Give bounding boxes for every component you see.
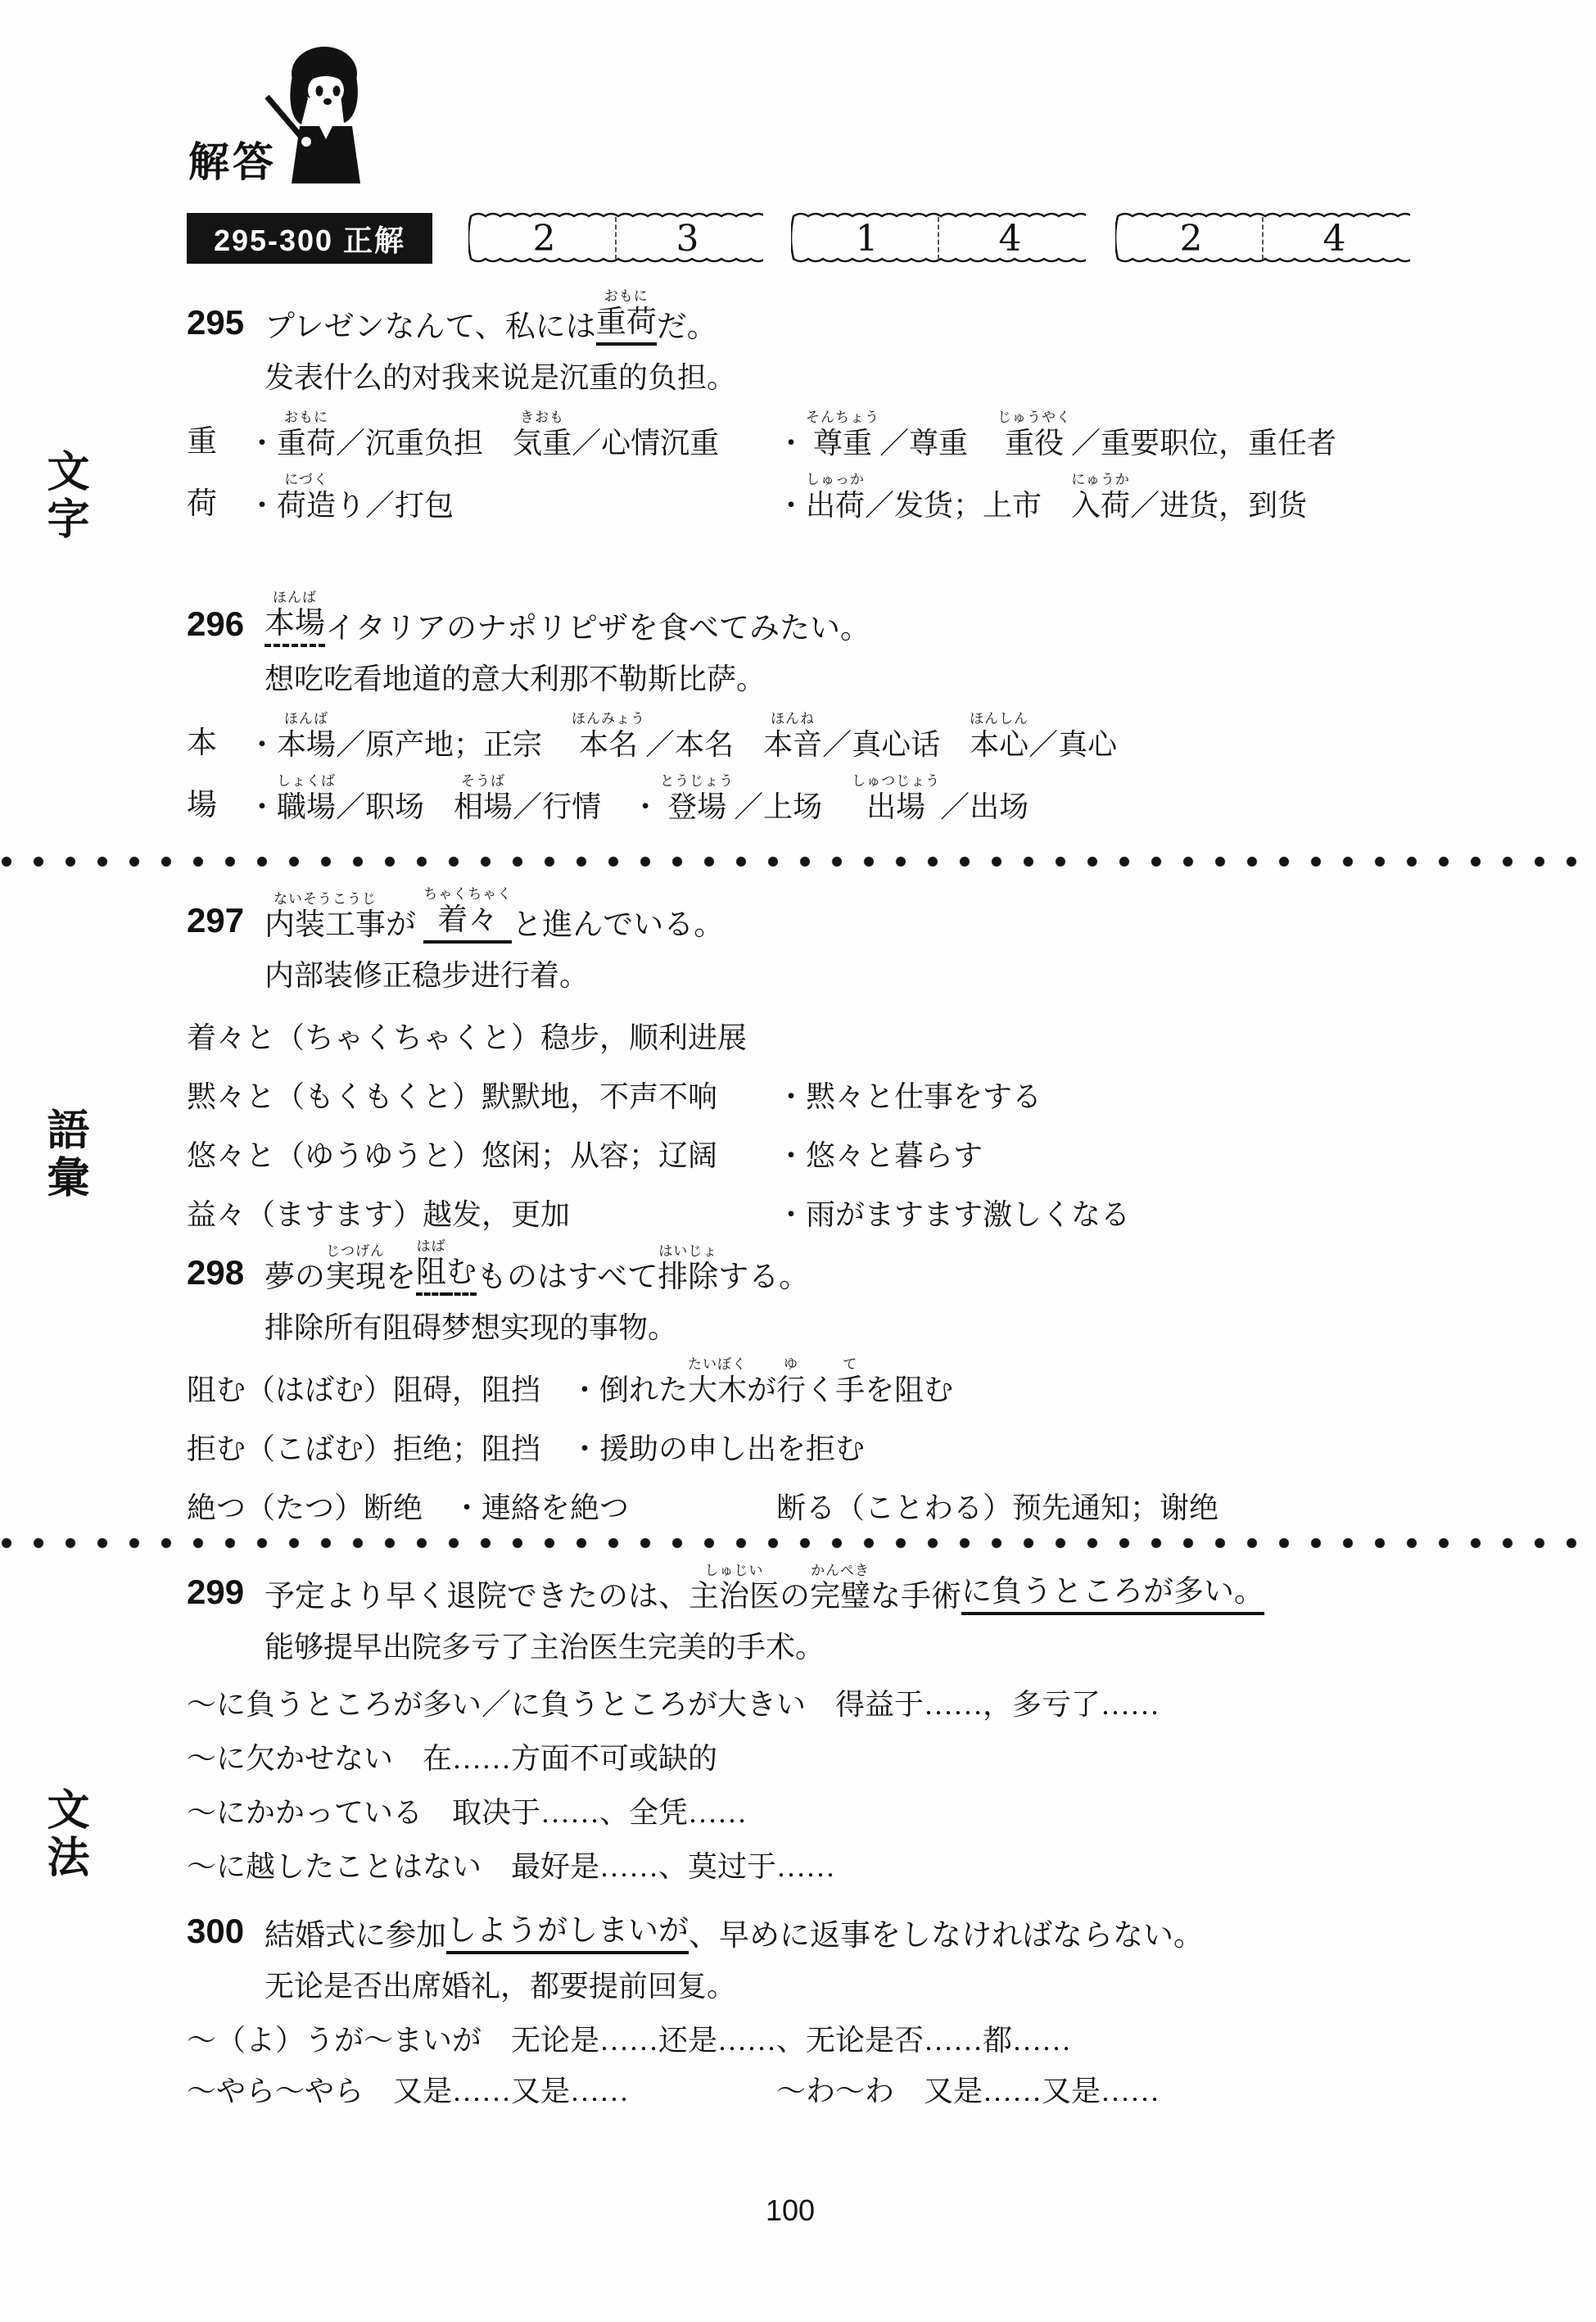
- question-300: 300 結婚式に参加しようがしまいが、早めに返事をしなければならない。 无论是否…: [187, 1884, 1562, 2112]
- text-segment: 悠々と（ゆうゆうと）悠闲；从容；辽阔: [187, 1138, 717, 1173]
- entry-left: ～やら～やら 又是……又是……: [187, 2074, 629, 2108]
- text-segment: ・: [776, 488, 806, 523]
- text-segment: く: [806, 1373, 835, 1407]
- text-segment: 、早めに返事をしなければならない。: [689, 1918, 1204, 1954]
- text-segment: イタリアのナポリピザを食べてみたい。: [325, 611, 870, 647]
- furigana-word: そうば相場: [454, 773, 513, 824]
- text-segment: が: [386, 908, 423, 944]
- text-segment: ・: [247, 790, 277, 824]
- entry-left: 拒む（こばむ）拒绝；阻挡 ・援助の申し出を拒む: [187, 1432, 865, 1466]
- answer-value: 1: [796, 217, 938, 260]
- text-segment: ・: [247, 727, 277, 762]
- vocab-lines: 重・おもに重荷／沉重负担 きおも気重／心情沉重・そんちょう尊重／尊重 じゅうやく…: [187, 401, 1562, 526]
- entry-right: ・しゅっか出荷／发货；上市 にゅうか入荷／进货，到货: [776, 472, 1307, 523]
- furigana-word: ちゃくちゃく着々: [423, 886, 512, 939]
- furigana-word: にづく荷造: [277, 472, 336, 523]
- answer-value: 2: [473, 217, 615, 260]
- entry-line: 黙々と（もくもくと）默默地，不声不响・黙々と仕事をする: [187, 1058, 1562, 1117]
- furigana-word: にゅうか入荷: [1071, 472, 1130, 523]
- entry-line: 荷・にづく荷造り／打包・しゅっか出荷／发货；上市 にゅうか入荷／进货，到货: [187, 464, 1562, 526]
- underlined-phrase: おもに重荷: [596, 288, 657, 346]
- entry-line: 阻む（はばむ）阻碍，阻挡 ・倒れたたいぼく大木がゆ行くて手を阻む: [187, 1351, 1562, 1410]
- text-segment: ～に欠かせない 在……方面不可或缺的: [187, 1741, 717, 1776]
- grammar-lines: ～（よ）うが～まいが 无论是……还是……、无论是否……都……～やら～やら 又是……: [187, 2010, 1562, 2112]
- underlined-phrase: ちゃくちゃく着々: [423, 886, 512, 944]
- question-298: 298 夢のじつげん実現をはば阻むものはすべてはいじょ排除する。 排除所有阻碍梦…: [187, 1225, 1562, 1528]
- question-number: 296: [187, 604, 244, 644]
- furigana-word: しゅっか出荷: [806, 472, 865, 523]
- answer-range-box: 295-300 正解: [187, 213, 432, 264]
- question-translation: 能够提早出院多亏了主治医生完美的手术。: [187, 1628, 1562, 1666]
- page-number: 100: [737, 2193, 843, 2228]
- furigana-word: しょくば職場: [277, 773, 336, 824]
- furigana-word: ないそうこうじ内装工事: [264, 891, 386, 944]
- furigana-word: かんぺき完璧: [810, 1563, 870, 1615]
- text-segment: ～やら～やら 又是……又是……: [187, 2074, 629, 2108]
- kanji-head: 重: [187, 416, 217, 460]
- text-segment: ものはすべて: [477, 1260, 658, 1296]
- entry-line: ～に欠かせない 在……方面不可或缺的: [187, 1725, 1562, 1779]
- text-segment: ／重要职位，重任者: [1071, 426, 1336, 460]
- entry-right: 断る（ことわる）预先通知；谢绝: [776, 1491, 1218, 1525]
- text-segment: な手術: [870, 1579, 961, 1615]
- entry-left: ～（よ）うが～まいが 无论是……还是……、无论是否……都……: [187, 2023, 1071, 2057]
- entry-line: 絶つ（たつ）断绝 ・連絡を絶つ断る（ことわる）预先通知；谢绝: [187, 1469, 1562, 1528]
- question-translation: 发表什么的对我来说是沉重的负担。: [187, 359, 1562, 396]
- underlined-phrase: しようがしまいが: [446, 1913, 689, 1954]
- text-segment: ～わ～わ 又是……又是……: [776, 2074, 1160, 2108]
- text-segment: り／打包: [336, 488, 454, 523]
- text-segment: ・: [776, 426, 806, 460]
- question-sentence: 299 予定より早く退院できたのは、しゅじい主治医のかんぺき完璧な手術に負うとこ…: [187, 1545, 1562, 1615]
- furigana-word: とうじょう登場: [660, 773, 734, 824]
- answer-value: 3: [615, 217, 758, 260]
- question-number: 295: [187, 303, 244, 342]
- entry-line: 悠々と（ゆうゆうと）悠闲；从容；辽阔・悠々と暮らす: [187, 1117, 1562, 1176]
- entry-right: ・そんちょう尊重／尊重 じゅうやく重役／重要职位，重任者: [776, 410, 1336, 460]
- grammar-lines: ～に負うところが多い／に負うところが大きい 得益于……，多亏了……～に欠かせない…: [187, 1671, 1562, 1887]
- text-segment: を: [386, 1260, 416, 1296]
- underlined-phrase: に負うところが多い。: [961, 1574, 1264, 1615]
- entry-left: 絶つ（たつ）断绝 ・連絡を絶つ: [187, 1491, 629, 1525]
- dotted-separator: [0, 855, 1596, 868]
- text-segment: 断る（ことわる）预先通知；谢绝: [776, 1491, 1218, 1525]
- entry-line: 拒む（こばむ）拒绝；阻挡 ・援助の申し出を拒む: [187, 1410, 1562, 1469]
- question-sentence: 300 結婚式に参加しようがしまいが、早めに返事をしなければならない。: [187, 1884, 1562, 1954]
- entry-right: ～わ～わ 又是……又是……: [776, 2074, 1160, 2108]
- text-segment: ／尊重: [879, 426, 997, 460]
- teacher-girl-illustration: [259, 43, 367, 192]
- text-segment: を阻む: [865, 1373, 953, 1407]
- text-segment: ・: [247, 426, 277, 460]
- furigana-word: ほんば本場: [264, 590, 325, 642]
- entry-line: ～やら～やら 又是……又是……～わ～わ 又是……又是……: [187, 2061, 1562, 2112]
- furigana-word: しゅじい主治医: [689, 1563, 780, 1615]
- underlined-phrase: はば阻: [416, 1238, 446, 1296]
- vocab-lines: 本・ほんば本場／原产地；正宗 ほんみょう本名／本名 ほんね本音／真心话 ほんしん…: [187, 703, 1562, 827]
- kanji-head: 荷: [187, 478, 217, 523]
- furigana-word: て手: [835, 1356, 865, 1407]
- underlined-phrase: ほんば本場: [264, 590, 325, 647]
- text-segment: ／进货，到货: [1130, 488, 1307, 523]
- entry-left: ・ほんば本場／原产地；正宗 ほんみょう本名／本名 ほんね本音／真心话 ほんしん本…: [247, 711, 1117, 762]
- furigana-word: しゅつじょう出場: [852, 773, 940, 824]
- furigana-word: おもに重荷: [596, 288, 657, 341]
- text-segment: 予定より早く退院できたのは、: [264, 1579, 689, 1615]
- text-segment: 絶つ（たつ）断绝 ・連絡を絶つ: [187, 1491, 629, 1525]
- text-segment: する。: [718, 1260, 809, 1296]
- entry-left: 阻む（はばむ）阻碍，阻挡 ・倒れたたいぼく大木がゆ行くて手を阻む: [187, 1356, 953, 1407]
- question-sentence: 296 ほんば本場イタリアのナポリピザを食べてみたい。: [187, 577, 1562, 647]
- text-segment: 拒む（こばむ）拒绝；阻挡 ・援助の申し出を拒む: [187, 1432, 865, 1466]
- sidebar-label-goi: 語彙: [43, 1107, 95, 1202]
- answer-box: 23: [468, 211, 763, 265]
- entry-left: ・しょくば職場／职场 そうば相場／行情 ・とうじょう登場／上场 しゅつじょう出場…: [247, 773, 1029, 824]
- text-segment: ／真心: [1029, 727, 1117, 762]
- question-295: 295 プレゼンなんて、私にはおもに重荷だ。 发表什么的对我来说是沉重的负担。 …: [187, 275, 1562, 526]
- question-sentence: 295 プレゼンなんて、私にはおもに重荷だ。: [187, 275, 1562, 346]
- kanji-head: 場: [187, 780, 217, 824]
- answer-value: 2: [1120, 217, 1262, 260]
- kanji-head: 本: [187, 717, 217, 762]
- entry-line: ～にかかっている 取决于……、全凭……: [187, 1779, 1562, 1833]
- question-number: 299: [187, 1573, 244, 1612]
- text-segment: 着々と（ちゃくちゃくと）稳步，顺利进展: [187, 1021, 747, 1055]
- entry-left: ～に欠かせない 在……方面不可或缺的: [187, 1741, 717, 1776]
- furigana-word: おもに重荷: [277, 410, 336, 460]
- furigana-word: ほんば本場: [277, 711, 336, 762]
- sidebar-label-moji: 文字: [43, 449, 95, 544]
- text-segment: ・悠々と暮らす: [776, 1138, 983, 1173]
- question-299: 299 予定より早く退院できたのは、しゅじい主治医のかんぺき完璧な手術に負うとこ…: [187, 1545, 1562, 1887]
- entry-left: ～にかかっている 取决于……、全凭……: [187, 1795, 747, 1830]
- entry-line: ～に越したことはない 最好是……、莫过于……: [187, 1833, 1562, 1887]
- question-translation: 想吃吃看地道的意大利那不勒斯比萨。: [187, 660, 1562, 698]
- text-segment: しようがしまいが: [446, 1913, 689, 1949]
- question-translation: 内部装修正稳步进行着。: [187, 957, 1562, 994]
- entry-line: ～（よ）うが～まいが 无论是……还是……、无论是否……都……: [187, 2010, 1562, 2061]
- furigana-word: ほんしん本心: [970, 711, 1029, 762]
- text-segment: プレゼンなんて、私には: [264, 310, 596, 346]
- vocab-lines: 阻む（はばむ）阻碍，阻挡 ・倒れたたいぼく大木がゆ行くて手を阻む拒む（こばむ）拒…: [187, 1351, 1562, 1528]
- furigana-word: ほんね本音: [763, 711, 822, 762]
- entry-line: 場・しょくば職場／职场 そうば相場／行情 ・とうじょう登場／上场 しゅつじょう出…: [187, 765, 1562, 827]
- text-segment: ／行情 ・: [513, 790, 660, 824]
- text-segment: ～に負うところが多い／に負うところが大きい 得益于……，多亏了……: [187, 1687, 1160, 1722]
- answer-value: 4: [1262, 217, 1405, 260]
- text-segment: に負うところが多い。: [961, 1574, 1264, 1610]
- text-segment: が: [747, 1373, 776, 1407]
- question-translation: 排除所有阻碍梦想实现的事物。: [187, 1309, 1562, 1347]
- furigana-word: じつげん実現: [325, 1243, 386, 1296]
- text-segment: ～に越したことはない 最好是……、莫过于……: [187, 1849, 835, 1884]
- sidebar-label-bunpo: 文法: [43, 1787, 95, 1882]
- question-296: 296 ほんば本場イタリアのナポリピザを食べてみたい。 想吃吃看地道的意大利那不…: [187, 577, 1562, 827]
- text-segment: の: [780, 1579, 810, 1615]
- answer-box: 14: [791, 211, 1086, 265]
- entry-left: 黙々と（もくもくと）默默地，不声不响: [187, 1080, 717, 1114]
- question-sentence: 298 夢のじつげん実現をはば阻むものはすべてはいじょ排除する。: [187, 1225, 1562, 1296]
- text-segment: ／原产地；正宗: [336, 727, 572, 762]
- question-number: 298: [187, 1253, 244, 1292]
- text-segment: 黙々と（もくもくと）默默地，不声不响: [187, 1080, 717, 1114]
- text-segment: ／职场: [336, 790, 454, 824]
- entry-left: 着々と（ちゃくちゃくと）稳步，顺利进展: [187, 1021, 747, 1055]
- entry-left: ～に負うところが多い／に負うところが大きい 得益于……，多亏了……: [187, 1687, 1160, 1722]
- vocab-lines: 着々と（ちゃくちゃくと）稳步，顺利进展黙々と（もくもくと）默默地，不声不响・黙々…: [187, 999, 1562, 1235]
- text-segment: ／沉重负担: [336, 426, 513, 460]
- text-segment: ・: [247, 488, 277, 523]
- text-segment: ／心情沉重: [572, 426, 719, 460]
- text-segment: ～（よ）うが～まいが 无论是……还是……、无论是否……都……: [187, 2023, 1071, 2057]
- answer-box: 24: [1115, 211, 1410, 265]
- furigana-word: きおも気重: [513, 410, 572, 460]
- question-sentence: 297 ないそうこうじ内装工事が ちゃくちゃく着々と進んでいる。: [187, 873, 1562, 944]
- furigana-word: たいぼく大木: [688, 1356, 747, 1407]
- furigana-word: ゆ行: [776, 1356, 806, 1407]
- text-segment: ／出场: [940, 790, 1029, 824]
- furigana-word: じゅうやく重役: [997, 410, 1071, 460]
- entry-right: ・黙々と仕事をする: [776, 1080, 1042, 1114]
- furigana-word: ほんみょう本名: [572, 711, 645, 762]
- question-297: 297 ないそうこうじ内装工事が ちゃくちゃく着々と進んでいる。 内部装修正稳步…: [187, 873, 1562, 1235]
- text-segment: ／上场: [734, 790, 852, 824]
- entry-right: ・悠々と暮らす: [776, 1138, 983, 1173]
- entry-left: ～に越したことはない 最好是……、莫过于……: [187, 1849, 835, 1884]
- entry-line: ～に負うところが多い／に負うところが大きい 得益于……，多亏了……: [187, 1671, 1562, 1725]
- entry-line: 重・おもに重荷／沉重负担 きおも気重／心情沉重・そんちょう尊重／尊重 じゅうやく…: [187, 401, 1562, 464]
- text-segment: ／本名: [645, 727, 763, 762]
- underlined-phrase: む: [446, 1255, 477, 1296]
- text-segment: む: [446, 1255, 477, 1291]
- question-number: 300: [187, 1912, 244, 1951]
- entry-left: ・おもに重荷／沉重负担 きおも気重／心情沉重: [247, 410, 719, 460]
- entry-left: 悠々と（ゆうゆうと）悠闲；从容；辽阔: [187, 1138, 717, 1173]
- text-segment: ／真心话: [822, 727, 970, 762]
- text-segment: だ。: [657, 310, 717, 346]
- text-segment: ／发货；上市: [865, 488, 1071, 523]
- answer-value: 4: [938, 217, 1081, 260]
- entry-left: ・にづく荷造り／打包: [247, 472, 454, 523]
- text-segment: と進んでいる。: [512, 908, 724, 944]
- furigana-word: そんちょう尊重: [806, 410, 879, 460]
- textbook-answer-page: { "header": { "label": "解答" }, "answer_b…: [0, 0, 1596, 2322]
- text-segment: 結婚式に参加: [264, 1918, 446, 1954]
- question-number: 297: [187, 901, 244, 940]
- entry-line: 着々と（ちゃくちゃくと）稳步，顺利进展: [187, 999, 1562, 1058]
- text-segment: 阻む（はばむ）阻碍，阻挡 ・倒れた: [187, 1373, 688, 1407]
- furigana-word: はば阻: [416, 1238, 446, 1291]
- text-segment: ～にかかっている 取决于……、全凭……: [187, 1795, 747, 1830]
- furigana-word: はいじょ排除: [658, 1243, 718, 1296]
- question-translation: 无论是否出席婚礼，都要提前回复。: [187, 1967, 1562, 2005]
- text-segment: ・黙々と仕事をする: [776, 1080, 1042, 1114]
- entry-line: 本・ほんば本場／原产地；正宗 ほんみょう本名／本名 ほんね本音／真心话 ほんしん…: [187, 703, 1562, 765]
- text-segment: 夢の: [264, 1260, 325, 1296]
